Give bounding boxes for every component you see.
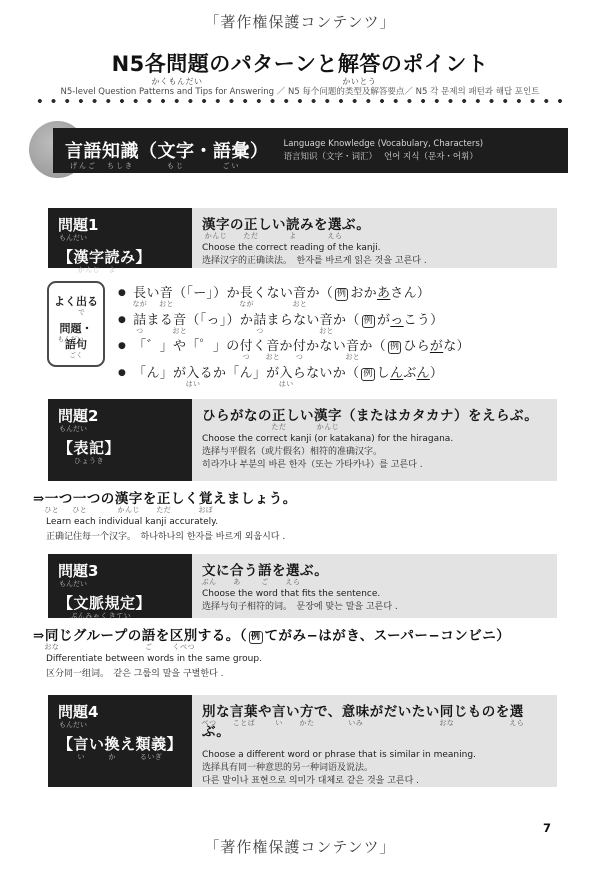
section-4-category: 【言いい換かえ類義るいぎ】 xyxy=(58,733,192,754)
copyright-notice-top: 「著作権保護コンテンツ」 xyxy=(0,11,600,32)
section-4-task-english: Choose a different word or phrase that i… xyxy=(202,750,551,760)
section-4-label: 問題もんだい4 【言いい換かえ類義るいぎ】 xyxy=(48,695,192,787)
category-bar-english: Language Knowledge (Vocabulary, Characte… xyxy=(284,138,484,151)
bullet-text: 「ん」が入はいるか「ん」が入はいらないか（例しんぶん） xyxy=(133,366,443,381)
page-subtitle: N5-level Question Patterns and Tips for … xyxy=(0,85,600,97)
section-4-task-korean: 다른 말이나 표현으로 의미가 대체로 같은 것을 고른다 . xyxy=(202,775,551,788)
section-1-category: 【漢字かんじ読よみ】 xyxy=(58,246,192,267)
section-1-number: 問題もんだい1 xyxy=(58,214,192,235)
tip-1-cn-kr: 正确记住每一个汉字。 하나하나의 한자를 바르게 외웁시다 . xyxy=(46,529,568,542)
section-1-task-english: Choose the correct reading of the kanji. xyxy=(202,243,551,253)
bullet-dot-icon: ● xyxy=(118,288,126,298)
frequent-box-line2: 問題もんだい・語句ごく xyxy=(49,320,103,352)
section-3-task-japanese: 文ぶんに合あう語ごを選えらぶ。 xyxy=(202,559,551,579)
category-bar-title: 言語げんご知識ちしき（文字もじ・語彙ごい） xyxy=(65,137,269,163)
tip-kanji-learning: ⇒一ひとつ一ひとつの漢字かんじを正ただしく覚おぼえましょう。 Learn eac… xyxy=(33,487,568,542)
section-2-task-japanese: ひらがなの正ただしい漢字かんじ（またはカタカナ）をえらぶ。 xyxy=(202,404,551,424)
tip-2-cn-kr: 区分同一组词。 같은 그룹의 말을 구별한다 . xyxy=(46,666,568,679)
category-bar: 言語げんご知識ちしき（文字もじ・語彙ごい） Language Knowledge… xyxy=(53,128,568,173)
frequent-items-box: よく出でる 問題もんだい・語句ごく xyxy=(47,281,105,367)
bullet-text: 詰つまる音おと（「っ」）か詰つまらない音おとか（例がっこう） xyxy=(133,313,443,328)
bullet-item: ●長ながい音おと（「ー」）か長ながくない音おとか（例おかあさん） xyxy=(118,282,470,309)
tip-1-english: Learn each individual kanji accurately. xyxy=(46,517,568,527)
page-title: N5各問題かくもんだいのパターンと解答かいとうのポイント xyxy=(0,48,600,78)
section-1-task-japanese: 漢字かんじの正ただしい読よみを選えらぶ。 xyxy=(202,213,551,233)
page-number: 7 xyxy=(543,821,551,835)
frequent-bullet-list: ●長ながい音おと（「ー」）か長ながくない音おとか（例おかあさん） ●詰つまる音お… xyxy=(118,282,470,388)
tip-2-japanese: ⇒同おなじグループの語ごを区別くべつする。（例てがみ−はがき、スーパー−コンビニ… xyxy=(33,624,568,644)
section-3-number: 問題もんだい3 xyxy=(58,560,192,581)
bullet-item: ●詰つまる音おと（「っ」）か詰つまらない音おとか（例がっこう） xyxy=(118,309,470,336)
bullet-dot-icon: ● xyxy=(118,368,126,378)
frequent-box-line1: よく出でる xyxy=(49,293,103,309)
section-3-task-panel: 文ぶんに合あう語ごを選えらぶ。 Choose the word that fit… xyxy=(192,554,557,618)
copyright-notice-bottom: 「著作権保護コンテンツ」 xyxy=(0,836,600,857)
category-bar-cn-kr: 语言知识（文字・词汇） 언어 지식（문자・어휘） xyxy=(284,151,484,164)
section-3-category: 【文脈ぶんみゃく規定きてい】 xyxy=(58,592,192,613)
tip-1-japanese: ⇒一ひとつ一ひとつの漢字かんじを正ただしく覚おぼえましょう。 xyxy=(33,487,568,507)
section-2-task-chinese: 选择与平假名（或片假名）相符的准确汉字。 xyxy=(202,446,551,459)
bullet-dot-icon: ● xyxy=(118,315,126,325)
section-3-task-cn-kr: 选择与句子相符的词。 문장에 맞는 말을 고른다 . xyxy=(202,601,551,614)
section-4-task-japanese: 別べつな言葉ことばや言いい方かたで、意味いみがだいたい同おなじものを選えらぶ。 xyxy=(202,700,551,740)
bullet-dot-icon: ● xyxy=(118,341,126,351)
section-2-number: 問題もんだい2 xyxy=(58,405,192,426)
section-1-label: 問題もんだい1 【漢字かんじ読よみ】 xyxy=(48,208,192,268)
book-page: 「著作権保護コンテンツ」 N5各問題かくもんだいのパターンと解答かいとうのポイン… xyxy=(0,0,600,875)
section-2-label: 問題もんだい2 【表記ひょうき】 xyxy=(48,399,192,481)
dotted-divider xyxy=(33,98,568,104)
bullet-item: ●「゛」や「゜」の付つく音おとか付つかない音おとか（例ひらがな） xyxy=(118,335,470,362)
section-3-label: 問題もんだい3 【文脈ぶんみゃく規定きてい】 xyxy=(48,554,192,618)
section-2-task-korean: 히라가나 부분의 바른 한자（또는 가타카나）를 고른다 . xyxy=(202,459,551,472)
section-mondai-2: 問題もんだい2 【表記ひょうき】 ひらがなの正ただしい漢字かんじ（またはカタカナ… xyxy=(48,399,557,481)
section-1-task-panel: 漢字かんじの正ただしい読よみを選えらぶ。 Choose the correct … xyxy=(192,208,557,268)
bullet-text: 長ながい音おと（「ー」）か長ながくない音おとか（例おかあさん） xyxy=(133,286,430,301)
section-mondai-3: 問題もんだい3 【文脈ぶんみゃく規定きてい】 文ぶんに合あう語ごを選えらぶ。 C… xyxy=(48,554,557,618)
bullet-text: 「゛」や「゜」の付つく音おとか付つかない音おとか（例ひらがな） xyxy=(133,339,470,354)
section-4-task-chinese: 选择具有同一种意思的另一种词语及说法。 xyxy=(202,762,551,775)
section-mondai-1: 問題もんだい1 【漢字かんじ読よみ】 漢字かんじの正ただしい読よみを選えらぶ。 … xyxy=(48,208,557,268)
tip-2-english: Differentiate between words in the same … xyxy=(46,654,568,664)
section-3-task-english: Choose the word that fits the sentence. xyxy=(202,589,551,599)
section-4-number: 問題もんだい4 xyxy=(58,701,192,722)
section-2-task-panel: ひらがなの正ただしい漢字かんじ（またはカタカナ）をえらぶ。 Choose the… xyxy=(192,399,557,481)
section-2-task-english: Choose the correct kanji (or katakana) f… xyxy=(202,434,551,444)
section-4-task-panel: 別べつな言葉ことばや言いい方かたで、意味いみがだいたい同おなじものを選えらぶ。 … xyxy=(192,695,557,787)
section-2-category: 【表記ひょうき】 xyxy=(58,437,192,458)
tip-word-groups: ⇒同おなじグループの語ごを区別くべつする。（例てがみ−はがき、スーパー−コンビニ… xyxy=(33,624,568,679)
bullet-item: ●「ん」が入はいるか「ん」が入はいらないか（例しんぶん） xyxy=(118,362,470,389)
section-1-task-cn-kr: 选择汉字的正确读法。 한자를 바르게 읽은 것을 고른다 . xyxy=(202,255,551,268)
category-bar-translations: Language Knowledge (Vocabulary, Characte… xyxy=(284,138,484,164)
section-mondai-4: 問題もんだい4 【言いい換かえ類義るいぎ】 別べつな言葉ことばや言いい方かたで、… xyxy=(48,695,557,787)
